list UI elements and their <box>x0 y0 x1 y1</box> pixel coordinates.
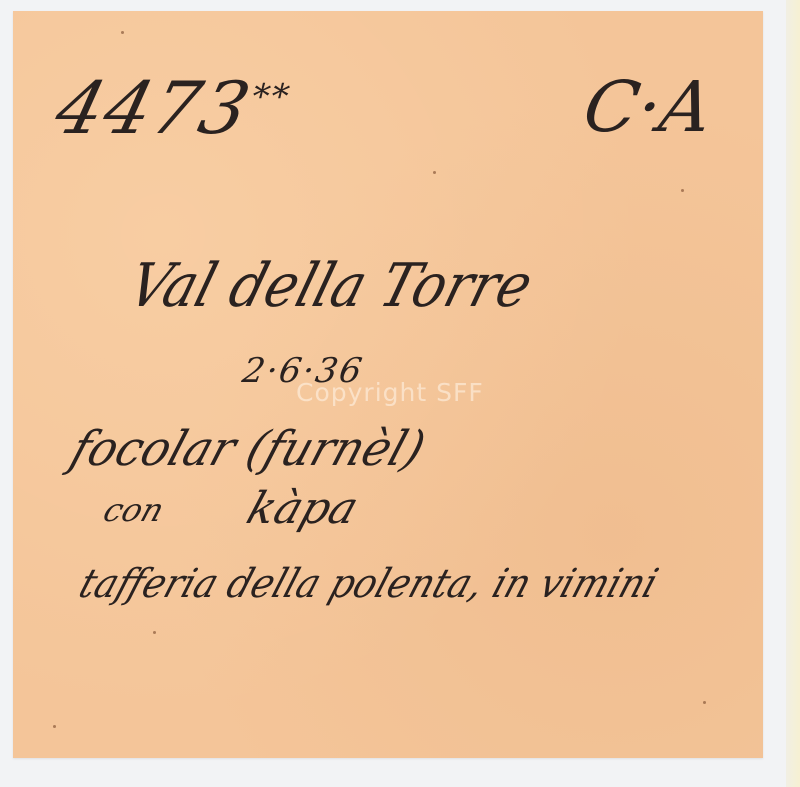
description-line-3: tafferia della polenta, in vimini <box>74 561 664 607</box>
paper-speck <box>153 631 156 634</box>
catalog-number-value: 4473 <box>48 66 260 150</box>
catalog-number: 4473** <box>48 66 298 150</box>
collector-initials: C·A <box>578 66 719 148</box>
paper-speck <box>681 189 684 192</box>
description-line-2-prefix: con <box>99 491 169 529</box>
paper-speck <box>53 725 56 728</box>
description-line-2-term: kàpa <box>241 483 365 534</box>
paper-speck <box>121 31 124 34</box>
background-edge-strip <box>786 0 800 787</box>
place-name: Val della Torre <box>121 251 540 321</box>
catalog-marks: ** <box>247 77 295 117</box>
paper-speck <box>703 701 706 704</box>
description-line-1: focolar (furnèl) <box>64 421 432 477</box>
paper-speck <box>433 171 436 174</box>
copyright-watermark: Copyright SFF <box>296 378 484 407</box>
